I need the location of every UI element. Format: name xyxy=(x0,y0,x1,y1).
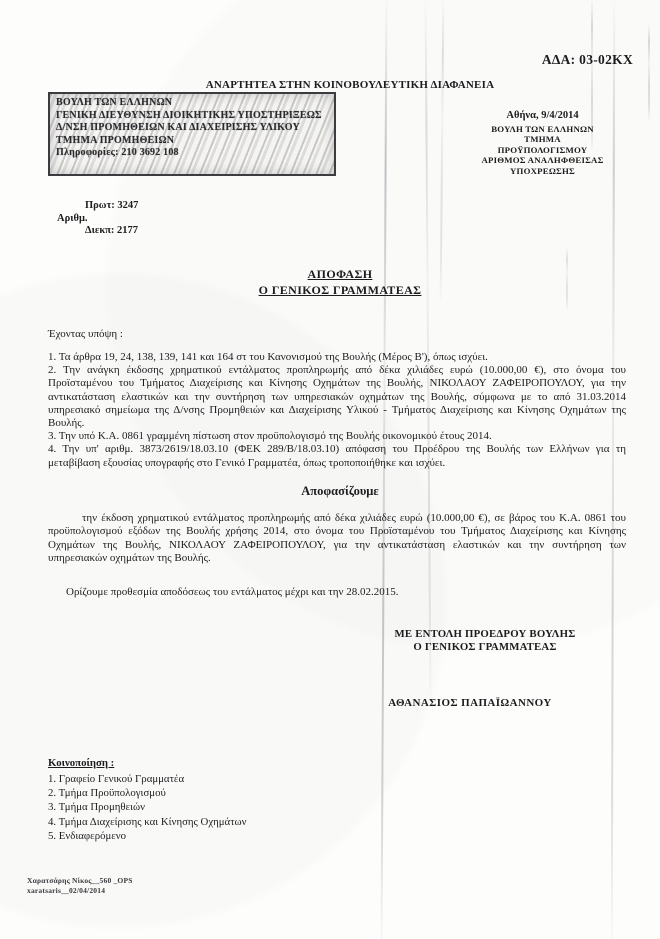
authority-line: ΒΟΥΛΗ ΤΩΝ ΕΛΛΗΝΩΝ xyxy=(450,124,635,134)
notification-item: 5. Ενδιαφερόμενο xyxy=(48,829,247,843)
footer-date-line: xaratsaris__02/04/2014 xyxy=(27,886,133,896)
fold-crease-line xyxy=(440,0,445,300)
stamp-line-department: ΤΜΗΜΑ ΠΡΟΜΗΘΕΙΩΝ xyxy=(56,135,328,148)
decision-paragraph: την έκδοση χρηματικού εντάλματος προπληρ… xyxy=(48,512,626,566)
stamp-line-general-directorate: ΓΕΝΙΚΗ ΔΙΕΥΘΥΝΣΗ ΔΙΟΙΚΗΤΙΚΗΣ ΥΠΟΣΤΗΡΙΞΕΩ… xyxy=(56,110,328,123)
secretary-title: Ο ΓΕΝΙΚΟΣ ΓΡΑΜΜΑΤΕΑΣ xyxy=(20,283,660,299)
fold-crease-line xyxy=(648,25,650,120)
decision-title: ΑΠΟΦΑΣΗ xyxy=(20,267,660,283)
footer-reference: Χαρατσάρης Νίκος__560 _OPS xaratsaris__0… xyxy=(27,876,133,895)
authority-line: ΤΜΗΜΑ xyxy=(450,134,635,144)
protocol-label: Αριθμ. xyxy=(57,213,138,226)
dispatch-number: Διεκπ: 2177 xyxy=(85,225,138,238)
signature-by-order: ΜΕ ΕΝΤΟΛΗ ΠΡΟΕΔΡΟΥ ΒΟΥΛΗΣ xyxy=(335,628,635,641)
notification-item: 4. Τμήμα Διαχείρισης και Κίνησης Οχημάτω… xyxy=(48,815,247,829)
legal-basis-item: 4. Την υπ' αριθμ. 3873/2619/18.03.10 (ΦΕ… xyxy=(48,443,626,469)
notification-item: 1. Γραφείο Γενικού Γραμματέα xyxy=(48,772,247,786)
notification-heading: Κοινοποίηση : xyxy=(48,757,247,769)
authority-line: ΥΠΟΧΡΕΩΣΗΣ xyxy=(450,166,635,176)
notification-item: 2. Τμήμα Προϋπολογισμού xyxy=(48,786,247,800)
notification-item: 3. Τμήμα Προμηθειών xyxy=(48,800,247,814)
signature-title: Ο ΓΕΝΙΚΟΣ ΓΡΑΜΜΑΤΕΑΣ xyxy=(335,641,635,654)
transparency-banner: ΑΝΑΡΤΗΤΕΑ ΣΤΗΝ ΚΟΙΝΟΒΟΥΛΕΥΤΙΚΗ ΔΙΑΦΑΝΕΙΑ xyxy=(40,79,660,91)
department-stamp: ΒΟΥΛΗ ΤΩΝ ΕΛΛΗΝΩΝ ΓΕΝΙΚΗ ΔΙΕΥΘΥΝΣΗ ΔΙΟΙΚ… xyxy=(48,92,336,176)
deadline-paragraph: Ορίζουμε προθεσμία αποδόσεως του εντάλμα… xyxy=(48,586,626,599)
footer-author-line: Χαρατσάρης Νίκος__560 _OPS xyxy=(27,876,133,886)
legal-basis-item: 3. Την υπό Κ.Α. 0861 γραμμένη πίστωση στ… xyxy=(48,430,626,443)
stamp-line-directorate: Δ/ΝΣΗ ΠΡΟΜΗΘΕΙΩΝ ΚΑΙ ΔΙΑΧΕΙΡΙΣΗΣ ΥΛΙΚΟΥ xyxy=(56,122,328,135)
protocol-number: Πρωτ: 3247 xyxy=(85,200,138,213)
legal-basis-item: 2. Την ανάγκη έκδοσης χρηματικού εντάλμα… xyxy=(48,364,626,430)
ada-number: ΑΔΑ: 03-02ΚΧ xyxy=(542,52,633,68)
notification-block: Κοινοποίηση : 1. Γραφείο Γενικού Γραμματ… xyxy=(48,757,247,843)
having-regard-label: Έχοντας υπόψη : xyxy=(48,328,626,340)
stamp-line-contact-info: Πληροφορίες: 210 3692 108 xyxy=(56,147,328,160)
legal-basis-list: 1. Τα άρθρα 19, 24, 138, 139, 141 και 16… xyxy=(48,351,626,470)
document-date: Αθήνα, 9/4/2014 xyxy=(450,110,635,121)
stamp-line-parliament: ΒΟΥΛΗ ΤΩΝ ΕΛΛΗΝΩΝ xyxy=(56,97,328,110)
signature-block: ΜΕ ΕΝΤΟΛΗ ΠΡΟΕΔΡΟΥ ΒΟΥΛΗΣ Ο ΓΕΝΙΚΟΣ ΓΡΑΜ… xyxy=(335,628,635,654)
authority-line: ΠΡΟΫΠΟΛΟΓΙΣΜΟΥ xyxy=(450,145,635,155)
legal-basis-item: 1. Τα άρθρα 19, 24, 138, 139, 141 και 16… xyxy=(48,351,626,364)
decide-heading: Αποφασίζουμε xyxy=(20,484,660,499)
protocol-block: Πρωτ: 3247 Αριθμ. Διεκπ: 2177 xyxy=(57,200,138,238)
authority-line: ΑΡΙΘΜΟΣ ΑΝΑΛΗΦΘΕΙΣΑΣ xyxy=(450,155,635,165)
header-right-block: Αθήνα, 9/4/2014 ΒΟΥΛΗ ΤΩΝ ΕΛΛΗΝΩΝ ΤΜΗΜΑ … xyxy=(450,110,635,176)
signatory-name: ΑΘΑΝΑΣΙΟΣ ΠΑΠΑΪΩΑΝΝΟΥ xyxy=(320,697,620,709)
scanned-document-page: ΑΔΑ: 03-02ΚΧ ΑΝΑΡΤΗΤΕΑ ΣΤΗΝ ΚΟΙΝΟΒΟΥΛΕΥΤ… xyxy=(0,0,660,939)
title-block: ΑΠΟΦΑΣΗ Ο ΓΕΝΙΚΟΣ ΓΡΑΜΜΑΤΕΑΣ xyxy=(20,267,660,298)
